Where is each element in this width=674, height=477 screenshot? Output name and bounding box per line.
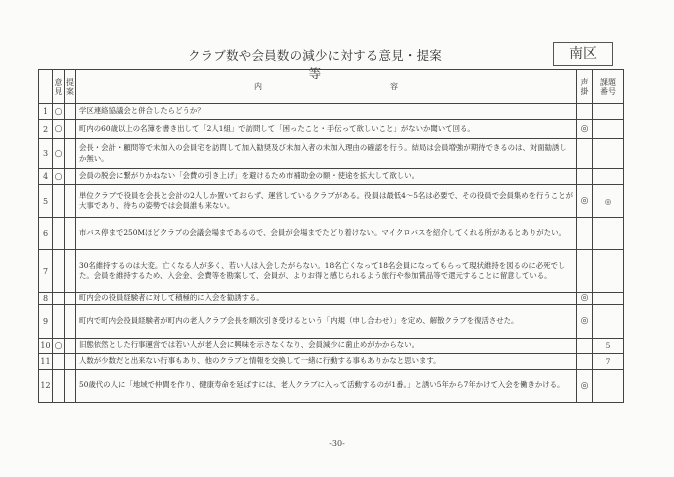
issue-number	[593, 120, 624, 139]
table-row: 5 単位クラブで役員を会長と会計の2人しか置いておらず、運営しているクラブがある…	[39, 185, 624, 218]
call-mark	[577, 353, 593, 369]
table-row: 8 町内会の役員経験者に対して積極的に入会を勧誘する。 ◎	[39, 293, 624, 305]
district-label: 南区	[553, 42, 613, 66]
call-mark	[577, 218, 593, 250]
call-mark: ◎	[577, 304, 593, 338]
row-content: 旧態依然とした行事運営では若い人が老人会に興味を示さなくなり、会員減少に歯止めが…	[76, 338, 577, 353]
issue-number	[593, 218, 624, 250]
table-row: 9 町内で町内会役員経験者が町内の老人クラブ会長を順次引き受けるという「内規（申…	[39, 304, 624, 338]
proposal-mark	[65, 338, 76, 353]
row-number: 8	[39, 293, 53, 305]
proposal-mark	[65, 250, 76, 293]
opinion-mark	[53, 304, 65, 338]
table-row: 3 ○ 会長・会計・顧問等で未加入の会員宅を訪問して加入勧奨及び未加入者の未加入…	[39, 139, 624, 169]
table-row: 10 ○ 旧態依然とした行事運営では若い人が老人会に興味を示さなくなり、会員減少…	[39, 338, 624, 353]
row-number: 11	[39, 353, 53, 369]
row-content: 町内会の役員経験者に対して積極的に入会を勧誘する。	[76, 293, 577, 305]
proposal-mark	[65, 120, 76, 139]
row-number: 9	[39, 304, 53, 338]
proposal-mark	[65, 169, 76, 185]
page-number: -30-	[0, 439, 674, 448]
header-call: 声掛	[577, 70, 593, 104]
opinion-mark	[53, 250, 65, 293]
table-row: 7 30名維持するのは大変。亡くなる人が多く、若い人は入会したがらない。18名亡…	[39, 250, 624, 293]
call-mark	[577, 169, 593, 185]
opinion-mark	[53, 369, 65, 402]
opinion-mark: ○	[53, 104, 65, 120]
row-content: 町内の60歳以上の名簿を書き出して「2人1組」で訪問して「困ったこと・手伝って欲…	[76, 120, 577, 139]
row-content: 単位クラブで役員を会長と会計の2人しか置いておらず、運営しているクラブがある。役…	[76, 185, 577, 218]
row-number: 5	[39, 185, 53, 218]
header-issue-number: 課題番号	[593, 70, 624, 104]
row-number: 1	[39, 104, 53, 120]
row-content: 人数が少数だと出来ない行事もあり、他のクラブと情報を交換して一緒に行動する事もあ…	[76, 353, 577, 369]
header-content: 内 容	[76, 70, 577, 104]
proposal-mark	[65, 218, 76, 250]
row-content: 市バス停まで250Mほどクラブの会議会場まであるので、会員が会場までたどり着けな…	[76, 218, 577, 250]
proposal-mark	[65, 353, 76, 369]
proposal-mark	[65, 104, 76, 120]
header-opinion: 意見	[53, 70, 65, 104]
row-number: 4	[39, 169, 53, 185]
opinion-mark: ○	[53, 120, 65, 139]
call-mark	[577, 338, 593, 353]
proposal-mark	[65, 185, 76, 218]
header-number	[39, 70, 53, 104]
row-number: 10	[39, 338, 53, 353]
header-proposal: 提案	[65, 70, 76, 104]
call-mark: ◎	[577, 369, 593, 402]
issue-number	[593, 139, 624, 169]
issue-number	[593, 104, 624, 120]
row-content: 30名維持するのは大変。亡くなる人が多く、若い人は入会したがらない。18名亡くな…	[76, 250, 577, 293]
issue-number	[593, 304, 624, 338]
row-content: 会員の脱会に繋がりかねない「会費の引き上げ」を避けるため市補助金の額・使途を拡大…	[76, 169, 577, 185]
call-mark	[577, 250, 593, 293]
call-mark: ◎	[577, 120, 593, 139]
table-row: 4 ○ 会員の脱会に繋がりかねない「会費の引き上げ」を避けるため市補助金の額・使…	[39, 169, 624, 185]
call-mark: ◎	[577, 185, 593, 218]
issue-number: ◎	[593, 185, 624, 218]
row-number: 6	[39, 218, 53, 250]
issue-number	[593, 293, 624, 305]
table-row: 11 人数が少数だと出来ない行事もあり、他のクラブと情報を交換して一緒に行動する…	[39, 353, 624, 369]
proposal-mark	[65, 293, 76, 305]
row-number: 2	[39, 120, 53, 139]
opinion-mark: ○	[53, 139, 65, 169]
row-content: 50歳代の人に「地域で仲間を作り、健康寿命を延ばすには、老人クラブに入って活動す…	[76, 369, 577, 402]
table-row: 12 50歳代の人に「地域で仲間を作り、健康寿命を延ばすには、老人クラブに入って…	[39, 369, 624, 402]
proposal-mark	[65, 304, 76, 338]
call-mark	[577, 139, 593, 169]
issue-number	[593, 250, 624, 293]
opinion-mark: ○	[53, 338, 65, 353]
row-number: 3	[39, 139, 53, 169]
proposal-mark	[65, 139, 76, 169]
call-mark: ◎	[577, 293, 593, 305]
table-row: 1 ○ 学区連絡協議会と併合したらどうか？	[39, 104, 624, 120]
opinion-mark: ○	[53, 169, 65, 185]
issue-number: 7	[593, 353, 624, 369]
row-content: 学区連絡協議会と併合したらどうか？	[76, 104, 577, 120]
row-number: 7	[39, 250, 53, 293]
opinion-mark	[53, 353, 65, 369]
table-row: 2 ○ 町内の60歳以上の名簿を書き出して「2人1組」で訪問して「困ったこと・手…	[39, 120, 624, 139]
table-row: 6 市バス停まで250Mほどクラブの会議会場まであるので、会員が会場までたどり着…	[39, 218, 624, 250]
issue-number	[593, 169, 624, 185]
row-content: 会長・会計・顧問等で未加入の会員宅を訪問して加入勧奨及び未加入者の未加入理由の確…	[76, 139, 577, 169]
opinion-mark	[53, 185, 65, 218]
issue-number	[593, 369, 624, 402]
issue-number: 5	[593, 338, 624, 353]
opinion-mark	[53, 218, 65, 250]
opinion-mark	[53, 293, 65, 305]
table-header-row: 意見 提案 内 容 声掛 課題番号	[39, 70, 624, 104]
call-mark	[577, 104, 593, 120]
row-number: 12	[39, 369, 53, 402]
proposal-mark	[65, 369, 76, 402]
row-content: 町内で町内会役員経験者が町内の老人クラブ会長を順次引き受けるという「内規（申し合…	[76, 304, 577, 338]
opinions-table: 意見 提案 内 容 声掛 課題番号 1 ○ 学区連絡協議会と併合したらどうか？ …	[38, 69, 624, 403]
